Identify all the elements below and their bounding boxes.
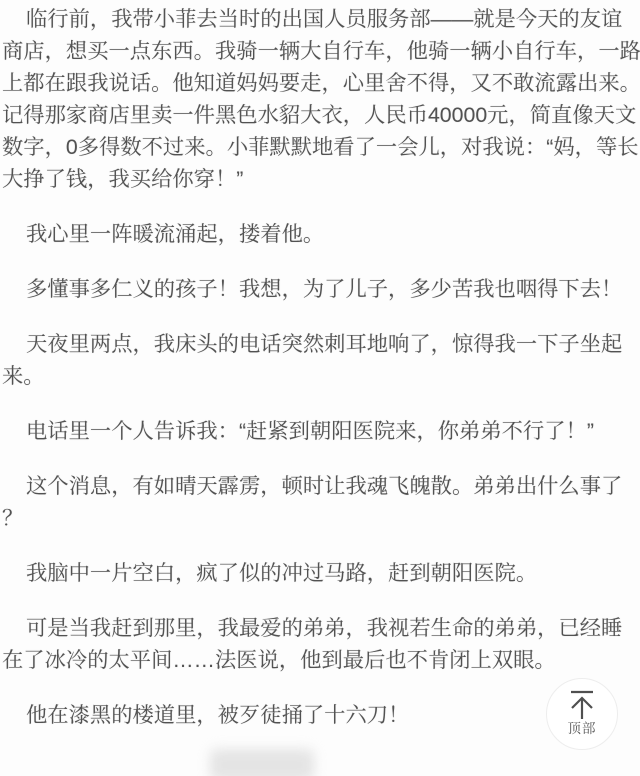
paragraph: 我心里一阵暖流涌起，搂着他。 — [2, 218, 640, 250]
text-line: 他在漆黑的楼道里，被歹徒捅了十六刀！ — [2, 699, 640, 731]
paragraph: 这个消息，有如晴天霹雳，顿时让我魂飞魄散。弟弟出什么事了？ — [2, 470, 640, 534]
text-line: 上都在跟我说话。他知道妈妈要走，心里舍不得，又不敢流露出来。 — [2, 67, 640, 99]
text-line: 在了冰冷的太平间……法医说，他到最后也不肯闭上双眼。 — [2, 644, 640, 676]
text-line: 可是当我赶到那里，我最爱的弟弟，我视若生命的弟弟，已经睡 — [2, 612, 640, 644]
text-line: 数字，0多得数不过来。小菲默默地看了一会儿，对我说：“妈，等长 — [2, 131, 640, 163]
blurred-watermark — [210, 749, 314, 776]
text-line: 记得那家商店里卖一件黑色水貂大衣，人民币40000元，简直像天文 — [2, 99, 640, 131]
text-line: 电话里一个人告诉我：“赶紧到朝阳医院来，你弟弟不行了！” — [2, 415, 640, 447]
paragraph: 临行前，我带小菲去当时的出国人员服务部——就是今天的友谊商店，想买一点东西。我骑… — [2, 3, 640, 195]
back-to-top-label: 顶部 — [568, 721, 597, 736]
text-line: 临行前，我带小菲去当时的出国人员服务部——就是今天的友谊 — [2, 3, 640, 35]
text-line: ？ — [2, 502, 640, 534]
text-line: 我心里一阵暖流涌起，搂着他。 — [2, 218, 640, 250]
text-line: 我脑中一片空白，疯了似的冲过马路，赶到朝阳医院。 — [2, 557, 640, 589]
text-line: 天夜里两点，我床头的电话突然刺耳地响了，惊得我一下子坐起 — [2, 328, 640, 360]
article-page: 临行前，我带小菲去当时的出国人员服务部——就是今天的友谊商店，想买一点东西。我骑… — [0, 0, 640, 776]
paragraph: 可是当我赶到那里，我最爱的弟弟，我视若生命的弟弟，已经睡在了冰冷的太平间……法医… — [2, 612, 640, 676]
paragraph: 多懂事多仁义的孩子！我想，为了儿子，多少苦我也咽得下去！ — [2, 273, 640, 305]
text-line: 大挣了钱，我买给你穿！” — [2, 163, 640, 195]
paragraph: 我脑中一片空白，疯了似的冲过马路，赶到朝阳医院。 — [2, 557, 640, 589]
text-line: 多懂事多仁义的孩子！我想，为了儿子，多少苦我也咽得下去！ — [2, 273, 640, 305]
text-line: 来。 — [2, 360, 640, 392]
article-text: 临行前，我带小菲去当时的出国人员服务部——就是今天的友谊商店，想买一点东西。我骑… — [0, 0, 640, 754]
text-line: 商店，想买一点东西。我骑一辆大自行车，他骑一辆小自行车，一路 — [2, 35, 640, 67]
paragraph: 天夜里两点，我床头的电话突然刺耳地响了，惊得我一下子坐起来。 — [2, 328, 640, 392]
paragraph: 电话里一个人告诉我：“赶紧到朝阳医院来，你弟弟不行了！” — [2, 415, 640, 447]
text-line: 这个消息，有如晴天霹雳，顿时让我魂飞魄散。弟弟出什么事了 — [2, 470, 640, 502]
arrow-up-to-top-icon — [568, 690, 596, 720]
back-to-top-button[interactable]: 顶部 — [546, 678, 618, 750]
paragraph: 他在漆黑的楼道里，被歹徒捅了十六刀！ — [2, 699, 640, 731]
